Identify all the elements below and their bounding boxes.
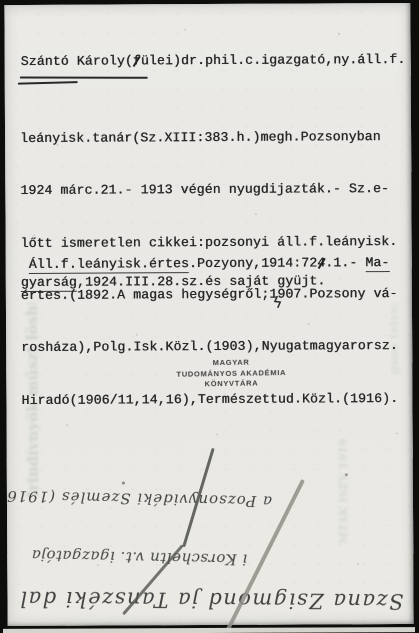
heading-name: Szántó Károly (21, 53, 125, 69)
catalog-card: Írindívnyök műszt lösht gsnő tetvez MTAK… (4, 3, 413, 626)
paragraph-line: Hiradó(1906/11,14,16),Természettud.Közl.… (21, 390, 398, 409)
paragraph-line: lőtt ismeretlen cikkei:pozsonyi áll.f.le… (21, 233, 398, 252)
source-text: ,1924.III.28.sz.és saját gyüjt. (77, 273, 326, 289)
handwritten-note-line-1: a Pozsonyvidéki Szemlés (1916 (57, 488, 272, 510)
underlined-source-start: Ma- (365, 255, 389, 272)
paragraph-line: 1924 márc.21.- 1913 végén nyugdijazták.-… (20, 180, 397, 199)
overstruck-character: f (133, 53, 141, 68)
heading-rest: ülei)dr.phil.c.igazgató,ny.áll.f. (141, 52, 406, 68)
handwritten-note-line-3: Szana Zsigmond ja Tanszéki dal (17, 587, 403, 614)
sources-line-1: Áll.f.leányisk.értes.Pozyony,1914:724.1.… (29, 255, 390, 272)
underlined-source-continuation: gyarság (21, 275, 77, 292)
heading-underline (20, 77, 148, 79)
underlined-source-title: Áll.f.leányisk.értes (29, 256, 189, 273)
paper-speckles (4, 5, 5, 6)
scan-background: { "colors": { "paper": "#eae9e5", "ink":… (0, 0, 419, 633)
paragraph-line: rosháza),Polg.Isk.Közl.(1903),Nyugatmagy… (21, 337, 398, 356)
source-text: .1.- (325, 255, 365, 270)
overstruck-digit: 4 (317, 255, 325, 270)
adjacent-card-edge (3, 627, 415, 633)
source-text: .Pozyony,1914:72 (189, 255, 317, 271)
heading-line: Szántó Károly(fülei)dr.phil.c.igazgató,n… (21, 52, 406, 69)
heading-double-underline (18, 81, 78, 85)
stray-typed-mark: ϟ (272, 293, 283, 312)
ink-bleedthrough-lower-right: MTAK ISZV 1919 (337, 436, 351, 544)
sources-line-2: gyarság,1924.III.28.sz.és saját gyüjt. (21, 273, 326, 290)
library-stamp: MAGYAR TUDOMÁNYOS AKADÉMIA KÖNYVTÁRA (156, 357, 306, 391)
handwritten-note-line-2: i Korscheltn v.t. igazgatója (29, 546, 247, 569)
paragraph-line: leányisk.tanár(Sz.XIII:383.h.)megh.Pozso… (20, 128, 397, 147)
